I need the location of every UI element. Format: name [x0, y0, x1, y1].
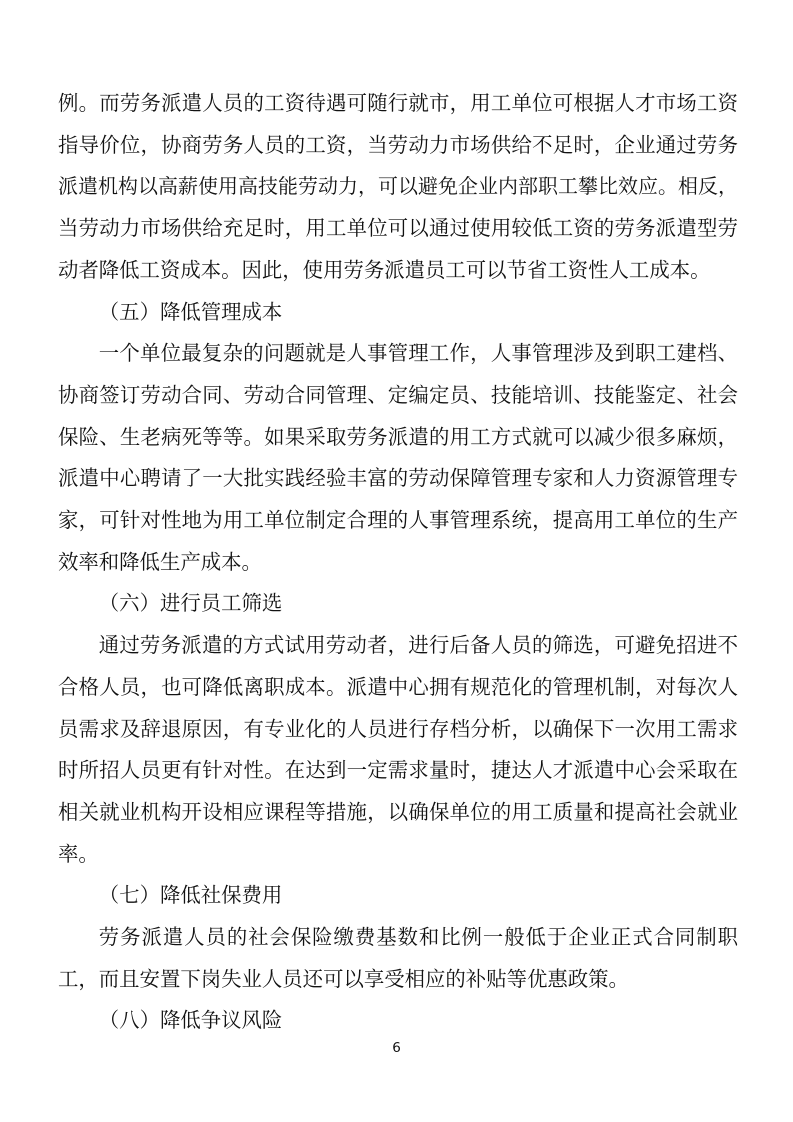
paragraph-line: 例。而劳务派遣人员的工资待遇可随行就市，用工单位可根据人才市场工资	[58, 84, 738, 126]
paragraph-line: 通过劳务派遣的方式试用劳动者，进行后备人员的筛选，可避免招进不	[58, 626, 738, 668]
paragraph-line: 率。	[58, 835, 738, 877]
paragraph-line: 合格人员，也可降低离职成本。派遣中心拥有规范化的管理机制，对每次人	[58, 668, 738, 710]
paragraph-line: 派遣中心聘请了一大批实践经验丰富的劳动保障管理专家和人力资源管理专	[58, 459, 738, 501]
section-heading: （七）降低社保费用	[58, 876, 738, 918]
paragraph-line: 当劳动力市场供给充足时，用工单位可以通过使用较低工资的劳务派遣型劳	[58, 209, 738, 251]
paragraph-line: 劳务派遣人员的社会保险缴费基数和比例一般低于企业正式合同制职	[58, 918, 738, 960]
page-number: 6	[392, 1040, 401, 1056]
paragraph-line: 派遣机构以高薪使用高技能劳动力，可以避免企业内部职工攀比效应。相反，	[58, 167, 738, 209]
paragraph-line: 指导价位，协商劳务人员的工资，当劳动力市场供给不足时，企业通过劳务	[58, 126, 738, 168]
document-page: 例。而劳务派遣人员的工资待遇可随行就市，用工单位可根据人才市场工资指导价位，协商…	[0, 0, 793, 1122]
paragraph-line: 效率和降低生产成本。	[58, 543, 738, 585]
paragraph-line: 一个单位最复杂的问题就是人事管理工作，人事管理涉及到职工建档、	[58, 334, 738, 376]
section-heading: （五）降低管理成本	[58, 293, 738, 335]
paragraph-line: 动者降低工资成本。因此，使用劳务派遣员工可以节省工资性人工成本。	[58, 251, 738, 293]
section-heading: （六）进行员工筛选	[58, 584, 738, 626]
paragraph-line: 相关就业机构开设相应课程等措施，以确保单位的用工质量和提高社会就业	[58, 793, 738, 835]
paragraph-line: 工，而且安置下岗失业人员还可以享受相应的补贴等优惠政策。	[58, 960, 738, 1002]
page-footer: 6	[0, 1037, 793, 1059]
paragraph-line: 时所招人员更有针对性。在达到一定需求量时，捷达人才派遣中心会采取在	[58, 751, 738, 793]
paragraph-line: 保险、生老病死等等。如果采取劳务派遣的用工方式就可以减少很多麻烦，	[58, 418, 738, 460]
paragraph-line: 协商签订劳动合同、劳动合同管理、定编定员、技能培训、技能鉴定、社会	[58, 376, 738, 418]
paragraph-line: 员需求及辞退原因，有专业化的人员进行存档分析，以确保下一次用工需求	[58, 710, 738, 752]
document-body: 例。而劳务派遣人员的工资待遇可随行就市，用工单位可根据人才市场工资指导价位，协商…	[58, 84, 738, 1043]
paragraph-line: 家，可针对性地为用工单位制定合理的人事管理系统，提高用工单位的生产	[58, 501, 738, 543]
